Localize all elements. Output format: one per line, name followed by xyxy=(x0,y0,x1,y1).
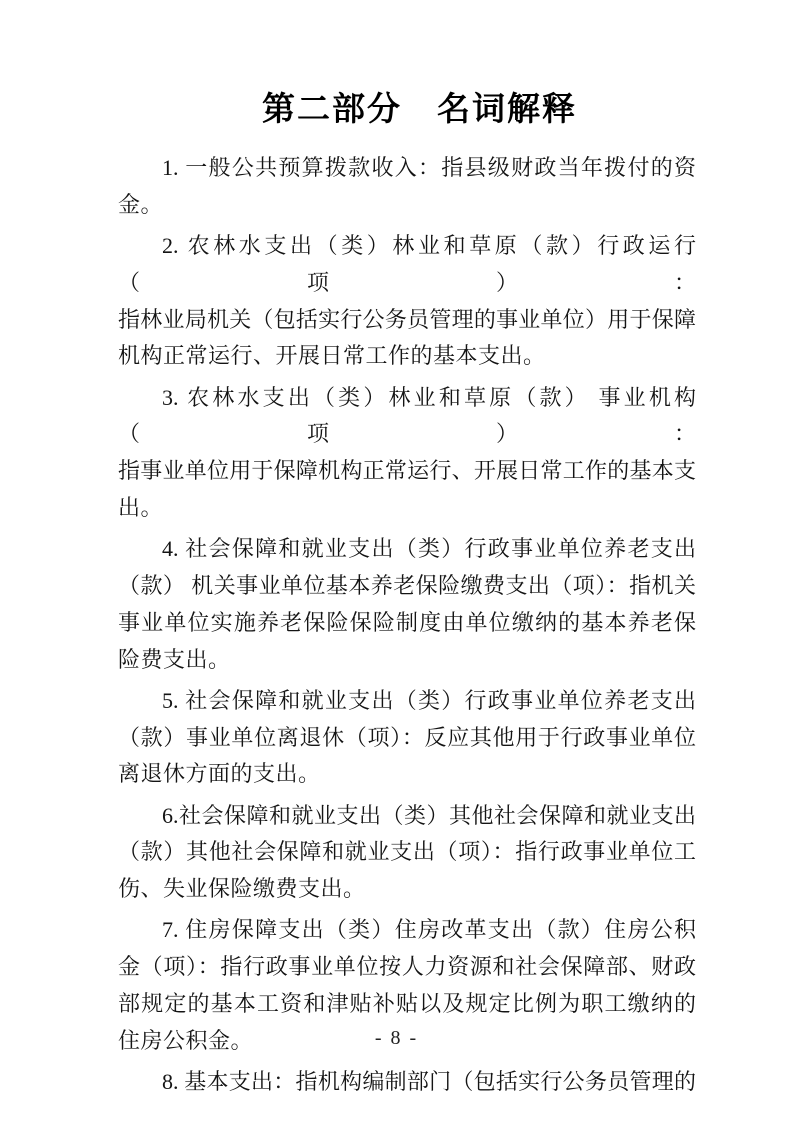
document-page: 第二部分 名词解释 1. 一般公共预算拨款收入：指县级财政当年拨付的资 金。 2… xyxy=(0,0,793,1122)
glossary-item-1: 1. 一般公共预算拨款收入：指县级财政当年拨付的资 金。 xyxy=(118,150,696,224)
glossary-line: 指林业局机关（包括实行公务员管理的事业单位）用于保障 xyxy=(118,302,696,339)
glossary-line: 1. 一般公共预算拨款收入：指县级财政当年拨付的资 xyxy=(118,150,696,187)
glossary-line: （款） 机关事业单位基本养老保险缴费支出（项）：指机关 xyxy=(118,568,696,605)
glossary-line: 5. 社会保障和就业支出（类）行政事业单位养老支出 xyxy=(118,683,696,720)
glossary-item-3: 3. 农林水支出（类）林业和草原（款） 事业机构（项）： 指事业单位用于保障机构… xyxy=(118,380,696,527)
glossary-line: 指事业单位用于保障机构正常运行、开展日常工作的基本支 xyxy=(118,453,696,490)
glossary-line: 机构正常运行、开展日常工作的基本支出。 xyxy=(118,338,696,375)
page-title: 第二部分 名词解释 xyxy=(0,88,793,130)
glossary-item-6: 6.社会保障和就业支出（类）其他社会保障和就业支出 （款）其他社会保障和就业支出… xyxy=(118,798,696,908)
glossary-line: 4. 社会保障和就业支出（类）行政事业单位养老支出 xyxy=(118,531,696,568)
page-number: - 8 - xyxy=(0,1026,793,1050)
glossary-line: 6.社会保障和就业支出（类）其他社会保障和就业支出 xyxy=(118,798,696,835)
glossary-line: 部规定的基本工资和津贴补贴以及规定比例为职工缴纳的 xyxy=(118,986,696,1023)
glossary-line: （款）其他社会保障和就业支出（项）：指行政事业单位工 xyxy=(118,834,696,871)
glossary-item-5: 5. 社会保障和就业支出（类）行政事业单位养老支出 （款）事业单位离退休（项）：… xyxy=(118,683,696,793)
glossary-line: 离退休方面的支出。 xyxy=(118,756,696,793)
glossary-item-8: 8. 基本支出：指机构编制部门（包括实行公务员管理的 xyxy=(118,1064,696,1101)
glossary-line: 3. 农林水支出（类）林业和草原（款） 事业机构（项）： xyxy=(118,380,696,454)
glossary-line: 伤、失业保险缴费支出。 xyxy=(118,871,696,908)
glossary-line: 出。 xyxy=(118,490,696,527)
glossary-content: 1. 一般公共预算拨款收入：指县级财政当年拨付的资 金。 2. 农林水支出（类）… xyxy=(118,150,696,1101)
glossary-line: 事业单位实施养老保险保险制度由单位缴纳的基本养老保 xyxy=(118,605,696,642)
glossary-line: 金。 xyxy=(118,187,696,224)
glossary-line: （款）事业单位离退休（项）：反应其他用于行政事业单位 xyxy=(118,720,696,757)
glossary-item-2: 2. 农林水支出（类）林业和草原（款）行政运行（项）： 指林业局机关（包括实行公… xyxy=(118,228,696,375)
glossary-line: 7. 住房保障支出（类）住房改革支出（款）住房公积 xyxy=(118,912,696,949)
glossary-line: 险费支出。 xyxy=(118,642,696,679)
glossary-line: 8. 基本支出：指机构编制部门（包括实行公务员管理的 xyxy=(118,1064,696,1101)
glossary-item-4: 4. 社会保障和就业支出（类）行政事业单位养老支出 （款） 机关事业单位基本养老… xyxy=(118,531,696,678)
glossary-line: 金（项）：指行政事业单位按人力资源和社会保障部、财政 xyxy=(118,949,696,986)
glossary-line: 2. 农林水支出（类）林业和草原（款）行政运行（项）： xyxy=(118,228,696,302)
